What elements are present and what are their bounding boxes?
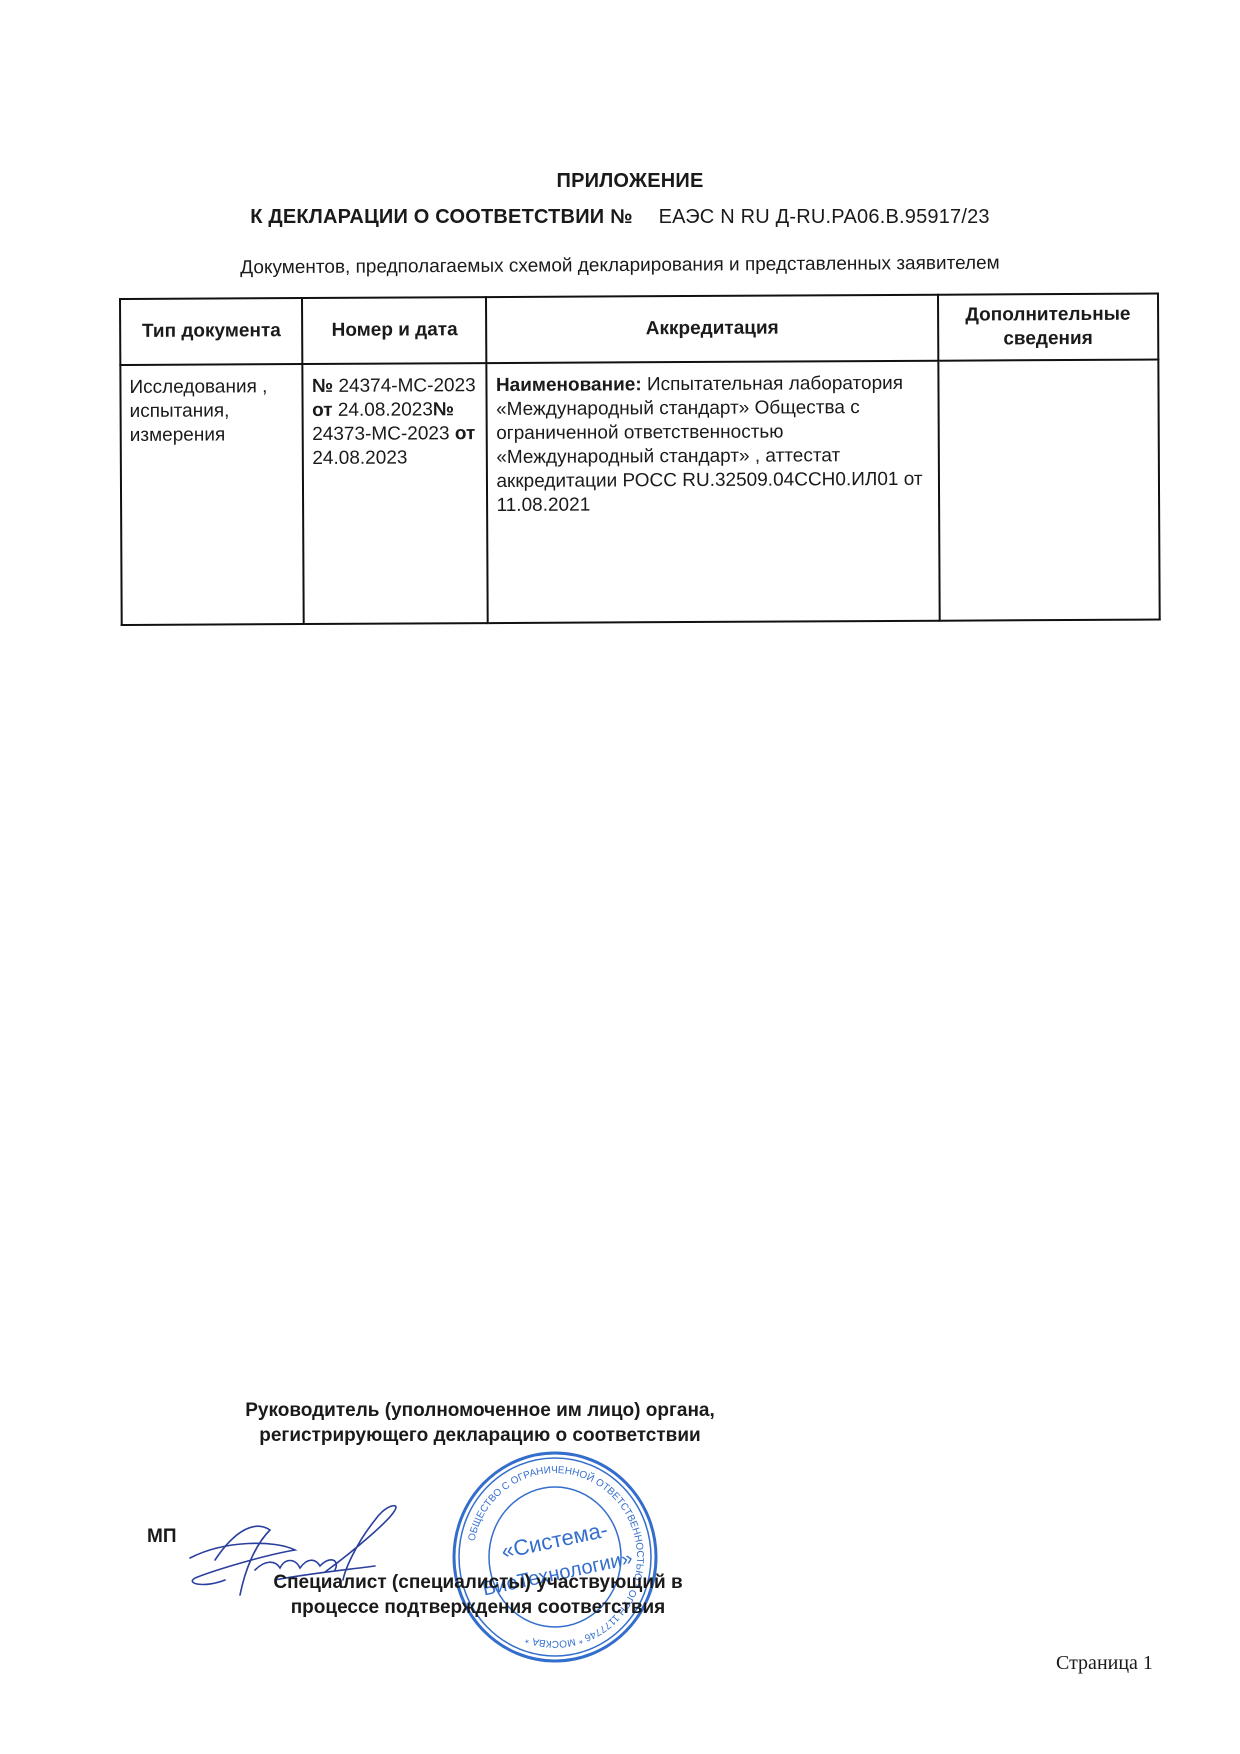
document-subtitle: Документов, предполагаемых схемой деклар… <box>0 251 1240 281</box>
declaration-label: К ДЕКЛАРАЦИИ О СООТВЕТСТВИИ № <box>250 206 632 228</box>
declaration-number: ЕАЭС N RU Д-RU.РА06.В.95917/23 <box>659 206 990 228</box>
header-accreditation: Аккредитация <box>486 295 938 363</box>
head-signature-label: Руководитель (уполномоченное им лицо) ор… <box>230 1398 730 1448</box>
from-word: от <box>312 400 333 421</box>
table-row: Исследования , испытания, измерения № 24… <box>120 360 1159 625</box>
table-header-row: Тип документа Номер и дата Аккредитация … <box>120 294 1158 365</box>
cell-accreditation: Наименование: Испытательная лаборатория … <box>487 361 940 623</box>
page-number: Страница 1 <box>1056 1652 1153 1675</box>
header-additional: Дополнительные сведения <box>938 294 1159 361</box>
accreditation-label: Наименование: <box>496 374 642 396</box>
mp-label: МП <box>147 1526 176 1548</box>
cell-additional <box>938 360 1160 621</box>
header-doc-type: Тип документа <box>120 298 303 365</box>
protocol-number-2: 24373-МС-2023 <box>312 423 449 445</box>
specialist-signature-label: Специалист (специалисты) участвующий в п… <box>228 1570 728 1620</box>
documents-table: Тип документа Номер и дата Аккредитация … <box>119 293 1161 626</box>
number-sign: № <box>312 376 333 397</box>
cell-number-date: № 24374-МС-2023 от 24.08.2023№ 24373-МС-… <box>303 363 488 624</box>
document-title: ПРИЛОЖЕНИЕ <box>10 170 1240 193</box>
document-page: ПРИЛОЖЕНИЕ К ДЕКЛАРАЦИИ О СООТВЕТСТВИИ №… <box>0 0 1240 1754</box>
protocol-date-2: 24.08.2023 <box>312 447 407 468</box>
number-sign: № <box>433 399 454 420</box>
protocol-date-1: 24.08.2023 <box>338 399 433 420</box>
declaration-heading: К ДЕКЛАРАЦИИ О СООТВЕТСТВИИ №ЕАЭС N RU Д… <box>0 206 1240 229</box>
company-stamp-icon: ОБЩЕСТВО С ОГРАНИЧЕННОЙ ОТВЕТСТВЕННОСТЬЮ… <box>450 1450 660 1665</box>
header-number-date: Номер и дата <box>302 297 486 364</box>
protocol-number-1: 24374-МС-2023 <box>338 375 475 397</box>
from-word: от <box>455 423 476 444</box>
cell-doc-type: Исследования , испытания, измерения <box>120 364 304 625</box>
